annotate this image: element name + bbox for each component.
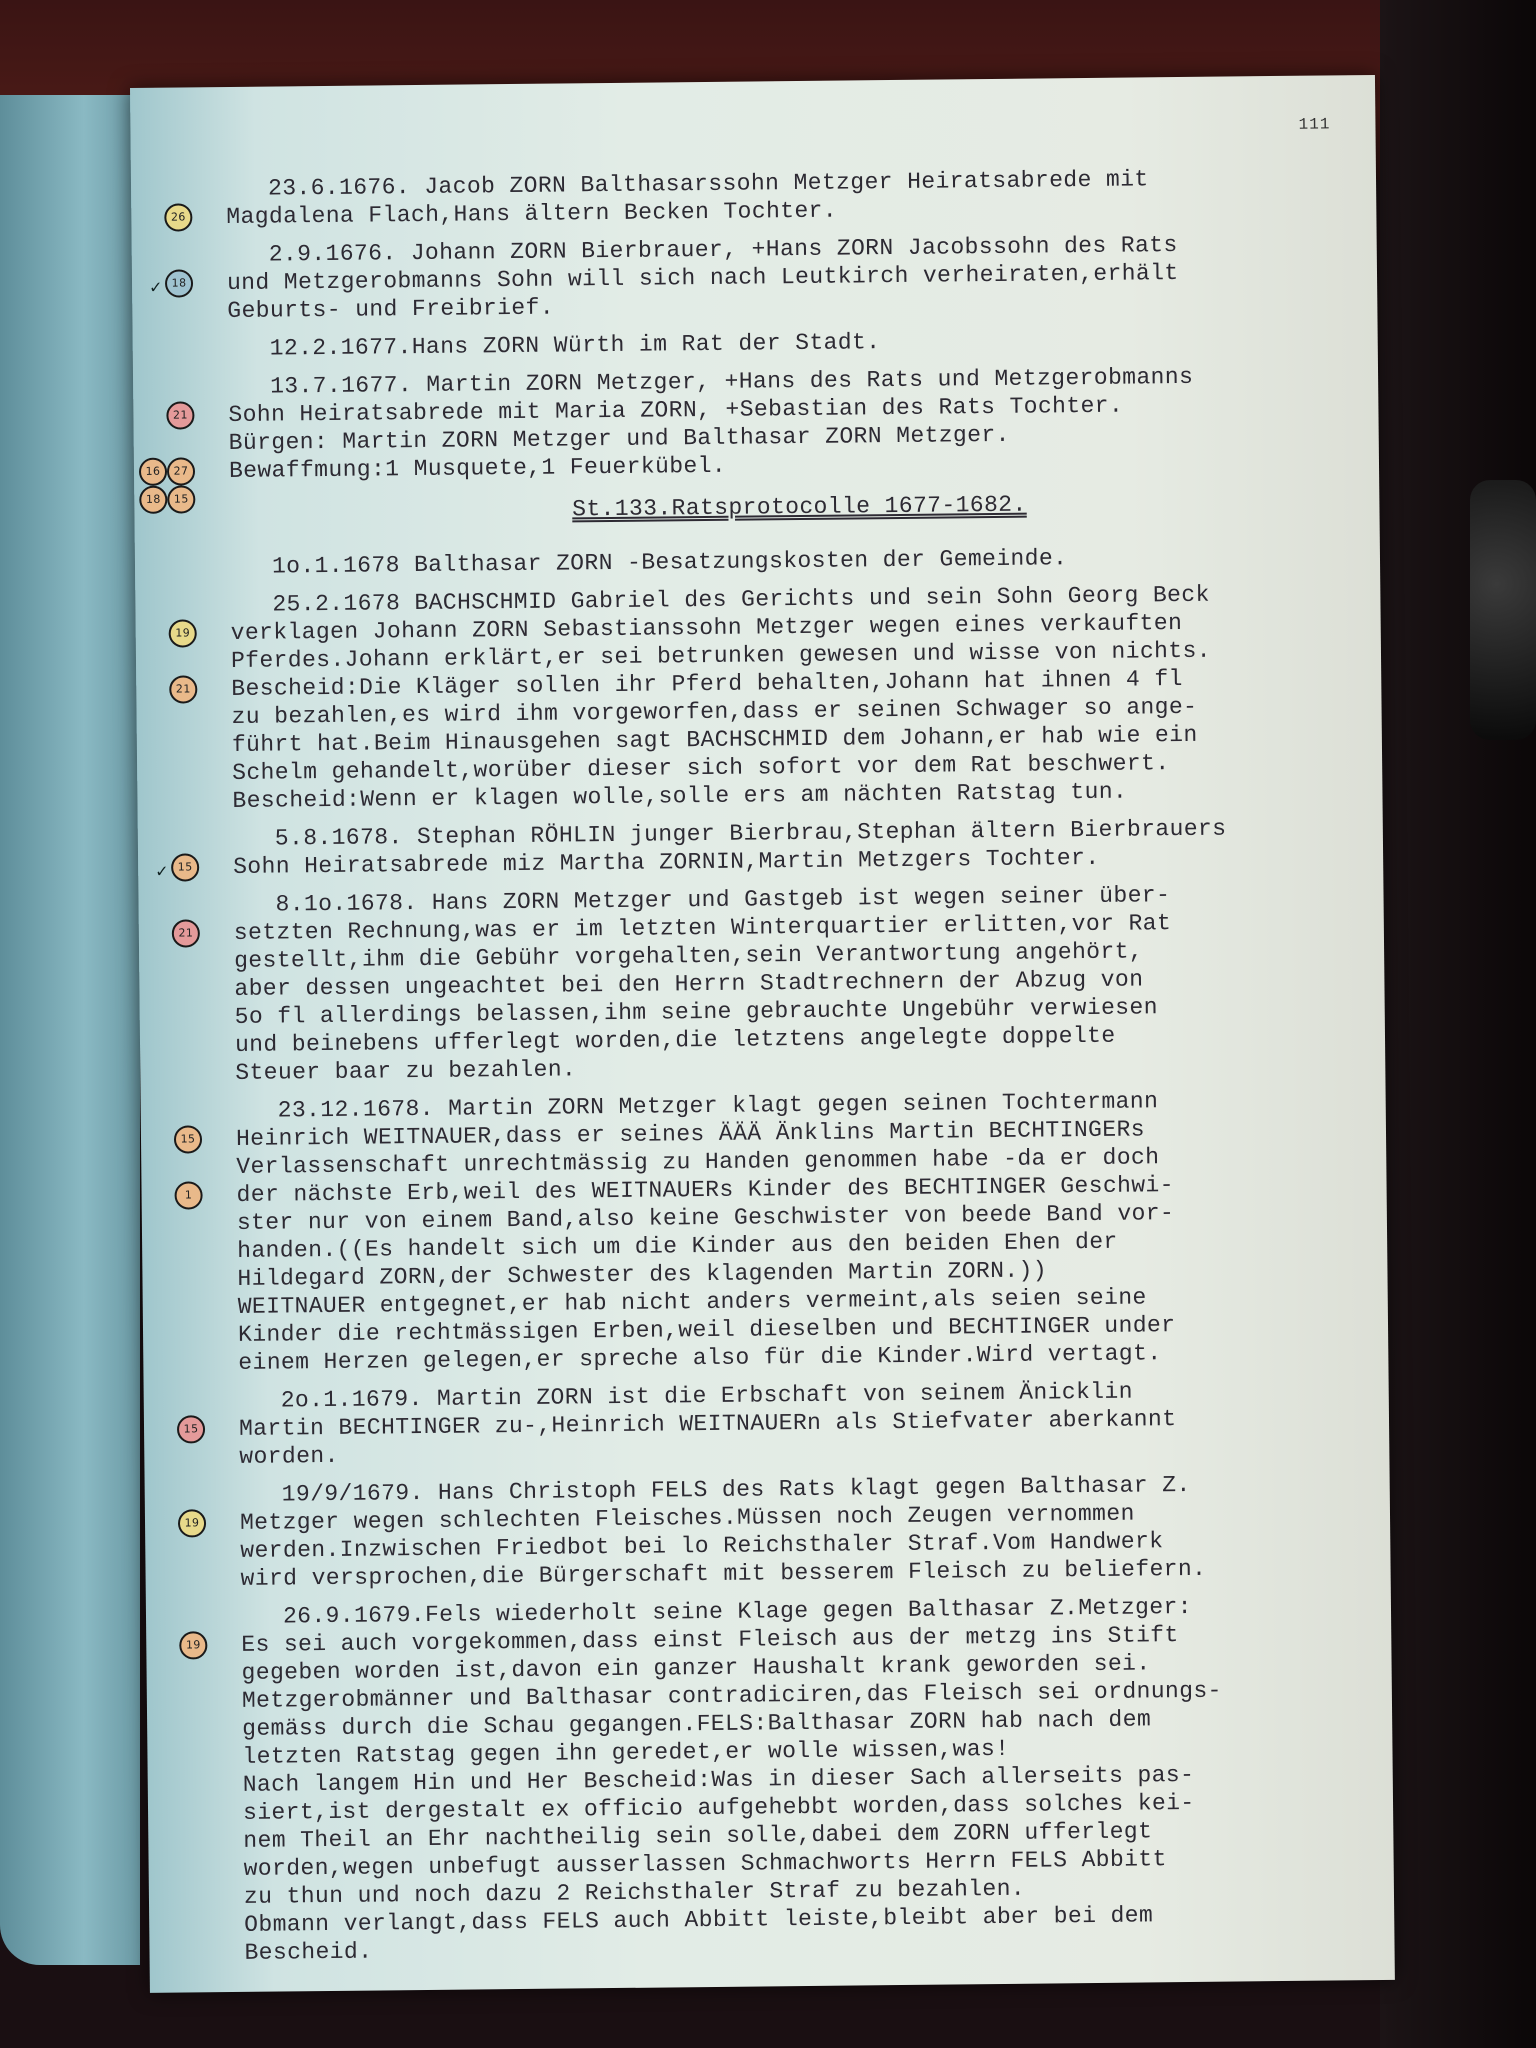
record-entry: 13.7.1677. Martin ZORN Metzger, +Hans de… [228, 361, 1369, 485]
record-entry: 2.9.1676. Johann ZORN Bierbrauer, +Hans … [227, 229, 1368, 325]
left-facing-page [0, 95, 140, 1965]
circled-number-marker: 15 [167, 485, 195, 513]
record-entry: 25.2.1678 BACHSCHMID Gabriel des Gericht… [230, 579, 1372, 815]
section-heading: St.133.Ratsprotocolle 1677-1682. [229, 487, 1369, 527]
record-entry: 1o.1.1678 Balthasar ZORN -Besatzungskost… [230, 541, 1370, 581]
checkmark-icon: ✓ [155, 858, 169, 886]
circled-number-marker: 1 [174, 1181, 202, 1209]
text-line: 1o.1.1678 Balthasar ZORN -Besatzungskost… [230, 541, 1370, 581]
circled-number-marker: 19 [169, 619, 197, 647]
circled-number-marker: 18 [139, 486, 167, 514]
record-entry: 2o.1.1679. Martin ZORN ist die Erbschaft… [239, 1375, 1380, 1471]
circled-number-marker: 21 [169, 675, 197, 703]
typewritten-page: 111 23.6.1676. Jacob ZORN Balthasarssohn… [130, 75, 1395, 1993]
background-object [1470, 480, 1536, 740]
checkmark-icon: ✓ [149, 274, 163, 302]
record-entry: 26.9.1679.Fels wiederholt seine Klage ge… [241, 1591, 1385, 1967]
circled-number-marker: 19 [178, 1509, 206, 1537]
circled-number-marker: 19 [179, 1631, 207, 1659]
circled-number-marker: 16 [139, 458, 167, 486]
record-entry: 12.2.1677.Hans ZORN Würth im Rat der Sta… [228, 323, 1368, 363]
page-number: 111 [1299, 115, 1331, 133]
record-entry: 8.1o.1678. Hans ZORN Metzger und Gastgeb… [233, 879, 1375, 1087]
record-entry: 23.6.1676. Jacob ZORN Balthasarssohn Met… [226, 163, 1367, 231]
circled-number-marker: 27 [167, 457, 195, 485]
circled-number-marker: 21 [172, 919, 200, 947]
circled-number-marker: 15 [174, 1125, 202, 1153]
record-entry: 5.8.1678. Stephan RÖHLIN junger Bierbrau… [233, 813, 1374, 881]
circled-number-marker: 26 [164, 203, 192, 231]
circled-number-marker: 15 [177, 1415, 205, 1443]
background-right [1380, 0, 1536, 2048]
record-entry: 19/9/1679. Hans Christoph FELS des Rats … [240, 1469, 1381, 1593]
circled-number-marker: 21 [166, 401, 194, 429]
record-entry: 23.12.1678. Martin ZORN Metzger klagt ge… [236, 1085, 1379, 1377]
circled-number-marker: 15 [171, 853, 199, 881]
document-body: 23.6.1676. Jacob ZORN Balthasarssohn Met… [226, 163, 1385, 1977]
text-line: 12.2.1677.Hans ZORN Würth im Rat der Sta… [228, 323, 1368, 363]
circled-number-marker: 18 [165, 269, 193, 297]
